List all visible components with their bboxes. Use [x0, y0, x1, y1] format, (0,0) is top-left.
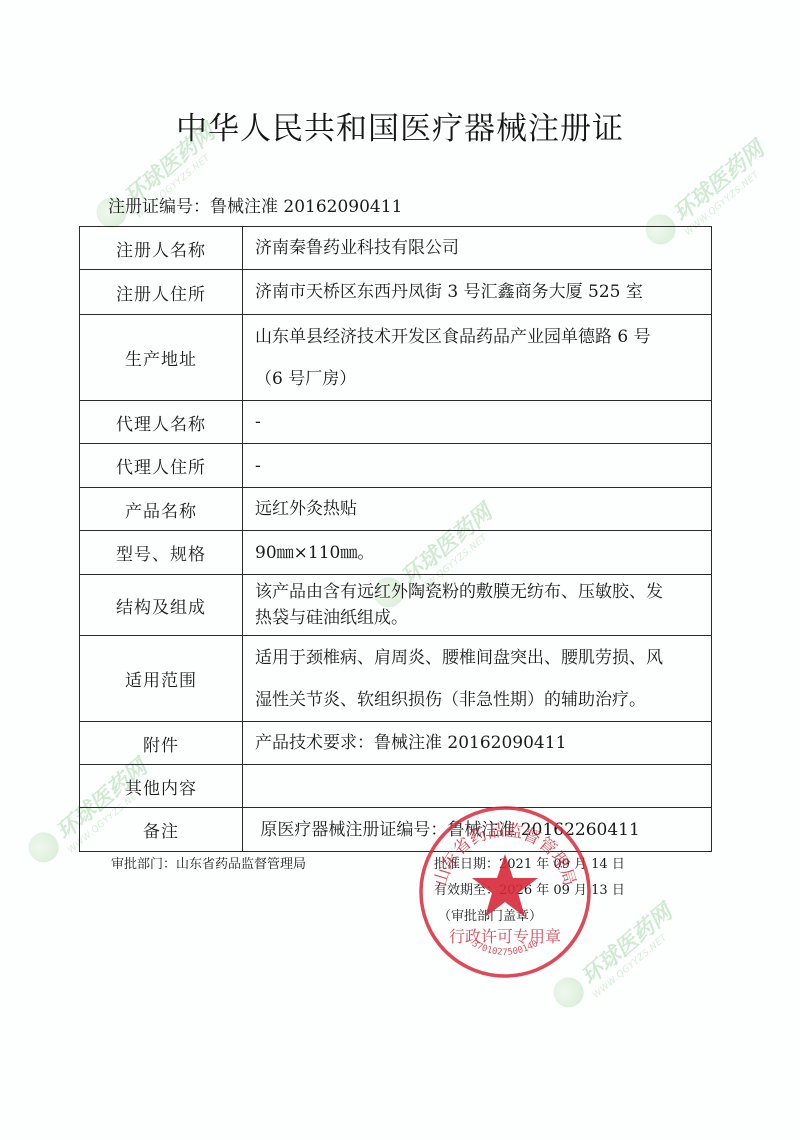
row-label: 代理人名称 [80, 401, 243, 444]
row-value-line1: 该产品由含有远红外陶瓷粉的敷膜无纺布、压敏胶、发 [255, 579, 711, 605]
row-value: 适用于颈椎病、肩周炎、腰椎间盘突出、腰肌劳损、风 湿性关节炎、软组织损伤（非急性… [243, 636, 712, 722]
table-row: 注册人住所 济南市天桥区东西丹凤街 3 号汇鑫商务大厦 525 室 [80, 270, 712, 315]
document-title: 中华人民共和国医疗器械注册证 [0, 103, 800, 148]
watermark-text: 环球医药网 [577, 900, 677, 990]
row-value-line2: 湿性关节炎、软组织损伤（非急性期）的辅助治疗。 [255, 679, 711, 721]
valid-until: 有效期至：2026 年 09 月 13 日 [434, 879, 625, 898]
row-label: 其他内容 [80, 765, 243, 808]
watermark: 环球医药网 WWW.QGYYZS.NET [547, 897, 685, 1022]
table-row: 附件 产品技术要求：鲁械注准 20162090411 [80, 722, 712, 765]
table-row: 代理人住所 - [80, 444, 712, 488]
row-label: 备注 [80, 808, 243, 852]
row-label: 产品名称 [80, 488, 243, 531]
row-value: 济南秦鲁药业科技有限公司 [243, 227, 712, 270]
row-label: 生产地址 [80, 315, 243, 401]
row-value: 该产品由含有远红外陶瓷粉的敷膜无纺布、压敏胶、发 热袋与硅油纸组成。 [243, 575, 712, 636]
table-row: 其他内容 [80, 765, 712, 808]
table-row: 备注 原医疗器械注册证编号：鲁械注准 20162260411 [80, 808, 712, 852]
row-label: 结构及组成 [80, 575, 243, 636]
row-value: 山东单县经济技术开发区食品药品产业园单德路 6 号 （6 号厂房） [243, 315, 712, 401]
row-value-line1: 山东单县经济技术开发区食品药品产业园单德路 6 号 [255, 316, 711, 358]
row-value: 原医疗器械注册证编号：鲁械注准 20162260411 [243, 808, 712, 852]
approval-date: 批准日期：2021 年 09 月 14 日 [434, 853, 625, 872]
watermark-url: WWW.QGYYZS.NET [591, 920, 684, 1000]
table-row: 适用范围 适用于颈椎病、肩周炎、腰椎间盘突出、腰肌劳损、风 湿性关节炎、软组织损… [80, 636, 712, 722]
row-label: 适用范围 [80, 636, 243, 722]
table-row: 注册人名称 济南秦鲁药业科技有限公司 [80, 227, 712, 270]
seal-code: 3701027500140 [470, 939, 540, 958]
row-value-line1: 适用于颈椎病、肩周炎、腰椎间盘突出、腰肌劳损、风 [255, 637, 711, 679]
row-value: 90㎜×110㎜。 [243, 531, 712, 575]
registration-number: 注册证编号：鲁械注准 20162090411 [108, 192, 402, 217]
approval-department: 审批部门：山东省药品监督管理局 [111, 853, 306, 872]
certificate-table: 注册人名称 济南秦鲁药业科技有限公司 注册人住所 济南市天桥区东西丹凤街 3 号… [79, 226, 712, 852]
table-row: 产品名称 远红外灸热贴 [80, 488, 712, 531]
row-value: 远红外灸热贴 [243, 488, 712, 531]
row-value: 济南市天桥区东西丹凤街 3 号汇鑫商务大厦 525 室 [243, 270, 712, 315]
row-value: 产品技术要求：鲁械注准 20162090411 [243, 722, 712, 765]
row-label: 型号、规格 [80, 531, 243, 575]
row-value-line2: 热袋与硅油纸组成。 [255, 605, 711, 631]
row-label: 代理人住所 [80, 444, 243, 488]
watermark-text: 环球医药网 [669, 137, 769, 227]
row-value-line2: （6 号厂房） [255, 358, 711, 400]
seal-bottom-text: 行政许可专用章 [449, 927, 561, 946]
table-row: 结构及组成 该产品由含有远红外陶瓷粉的敷膜无纺布、压敏胶、发 热袋与硅油纸组成。 [80, 575, 712, 636]
table-row: 型号、规格 90㎜×110㎜。 [80, 531, 712, 575]
row-label: 注册人名称 [80, 227, 243, 270]
row-label: 注册人住所 [80, 270, 243, 315]
globe-logo-icon [22, 826, 64, 868]
row-value [243, 765, 712, 808]
globe-logo-icon [547, 971, 589, 1013]
row-value: - [243, 401, 712, 444]
table-row: 代理人名称 - [80, 401, 712, 444]
row-value: - [243, 444, 712, 488]
table-row: 生产地址 山东单县经济技术开发区食品药品产业园单德路 6 号 （6 号厂房） [80, 315, 712, 401]
row-label: 附件 [80, 722, 243, 765]
seal-note: （审批部门盖章） [438, 905, 542, 924]
